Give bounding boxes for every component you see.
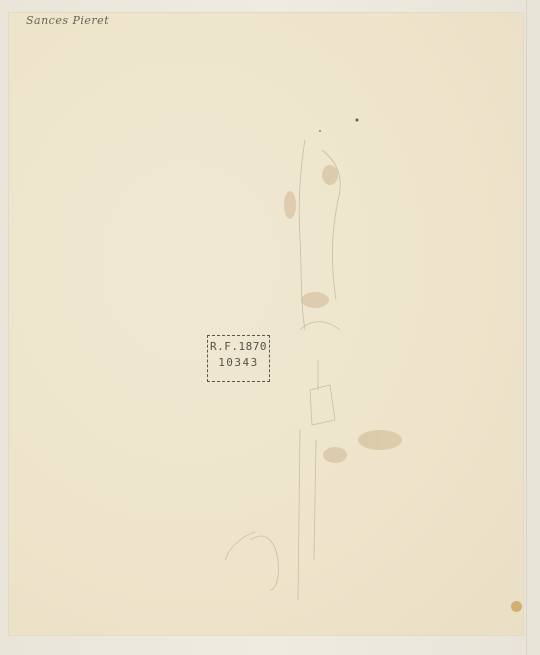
- paper-stain: [511, 601, 522, 612]
- collection-stamp: R.F.1870 10343: [207, 335, 270, 382]
- stamp-line-1: R.F.1870: [208, 340, 269, 353]
- stamp-line-2: 10343: [208, 356, 269, 369]
- faint-pencil-sketch: [0, 0, 540, 655]
